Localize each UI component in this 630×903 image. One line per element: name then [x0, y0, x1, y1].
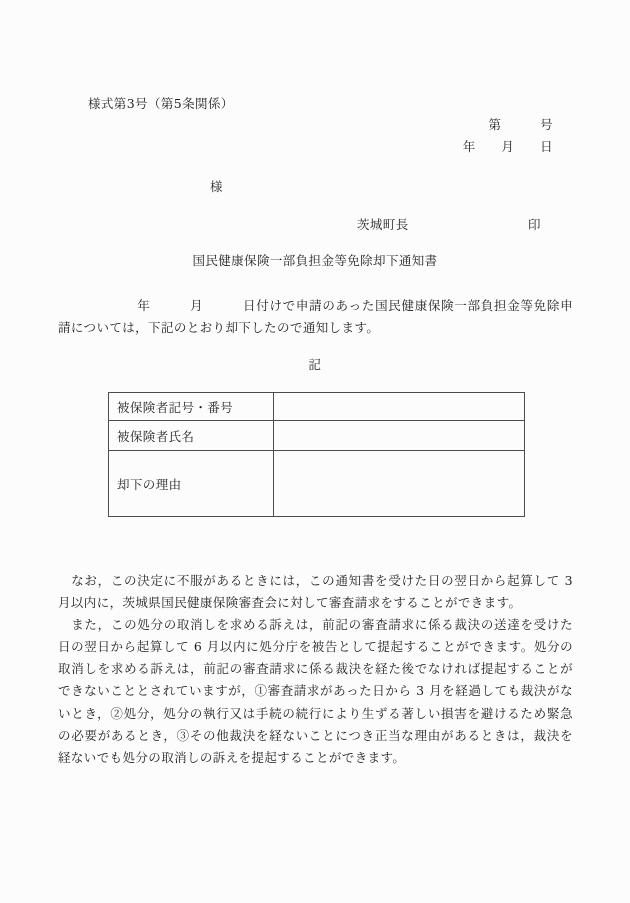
- row-label-rejection-reason: 却下の理由: [109, 451, 274, 517]
- table-row: 被保険者記号・番号: [109, 393, 525, 421]
- table-row: 却下の理由: [109, 451, 525, 517]
- doc-number-date-block: 第 号 年 月 日: [463, 114, 553, 157]
- notes-block: なお，この決定に不服があるときには，この通知書を受けた日の翌日から起算して 3 …: [58, 570, 573, 769]
- recipient-honorific: 様: [210, 177, 223, 195]
- note-paragraph-lawsuit: また，この処分の取消しを求める訴えは，前記の審査請求に係る裁決の送達を受けた日の…: [58, 614, 573, 769]
- row-label-insured-name: 被保険者氏名: [109, 421, 274, 451]
- seal-placeholder: 印: [528, 215, 541, 233]
- issuer-title: 茨城町長: [357, 215, 409, 233]
- document-title: 国民健康保険一部負担金等免除却下通知書: [0, 251, 630, 269]
- section-marker: 記: [0, 355, 630, 373]
- row-label-insured-number: 被保険者記号・番号: [109, 393, 274, 421]
- detail-table: 被保険者記号・番号 被保険者氏名 却下の理由: [108, 392, 525, 517]
- issuer-line: 茨城町長 印: [0, 215, 630, 235]
- form-number: 様式第3号（第5条関係）: [88, 94, 234, 112]
- row-value-insured-number: [274, 393, 525, 421]
- body-paragraph: 年 月 日付けで申請のあった国民健康保険一部負担金等免除申請については，下記のと…: [58, 295, 573, 339]
- document-page: 様式第3号（第5条関係） 第 号 年 月 日 様 茨城町長 印 国民健康保険一部…: [0, 0, 630, 903]
- note-paragraph-appeal: なお，この決定に不服があるときには，この通知書を受けた日の翌日から起算して 3 …: [58, 570, 573, 614]
- doc-number-line: 第 号: [463, 114, 553, 136]
- date-line: 年 月 日: [463, 136, 553, 158]
- row-value-rejection-reason: [274, 451, 525, 517]
- table-row: 被保険者氏名: [109, 421, 525, 451]
- row-value-insured-name: [274, 421, 525, 451]
